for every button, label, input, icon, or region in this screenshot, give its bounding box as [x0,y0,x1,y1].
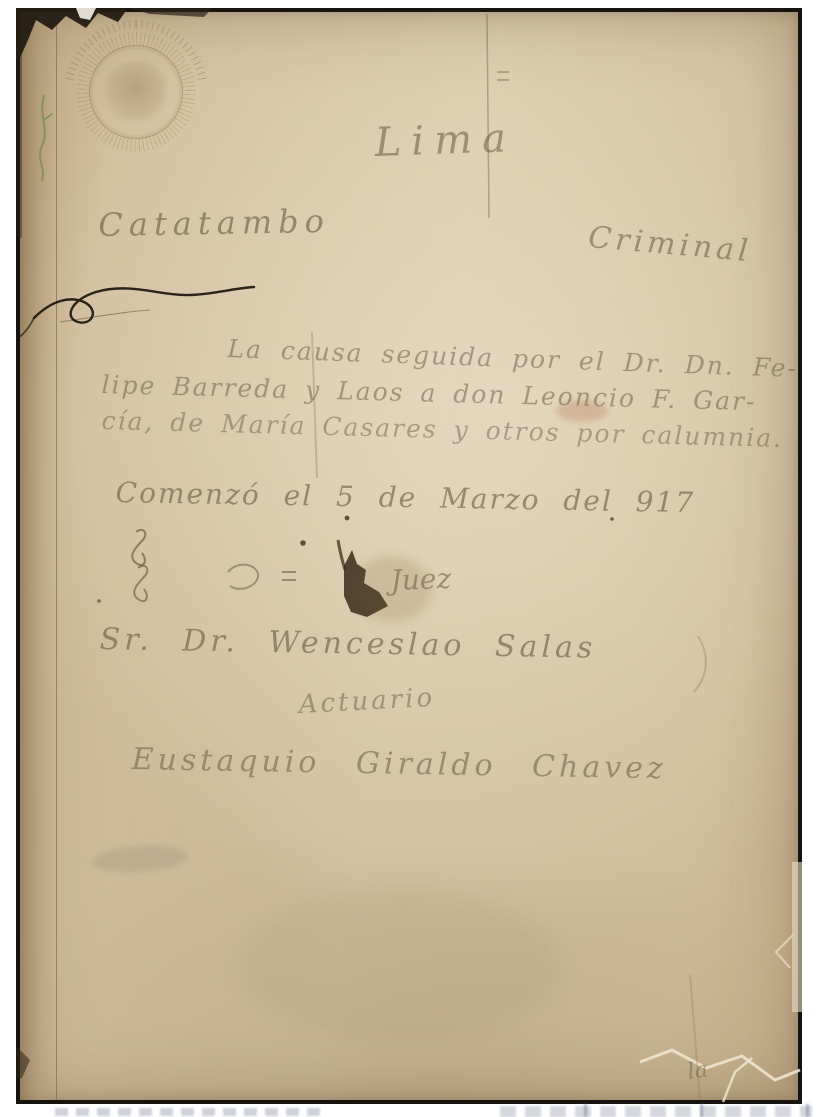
seal-emblem [106,62,166,122]
embossed-seal-icon [76,32,196,152]
cropped-caption-right [500,1106,812,1117]
page-gutter-strip [20,12,57,1100]
cropped-caption-left [55,1108,327,1116]
catchword: la [686,1057,709,1085]
caption-ascender [584,1104,587,1117]
judge-label: Juez [390,562,452,597]
caption-ascender [806,1104,809,1117]
place-heading: Catatambo [98,202,330,244]
manuscript-scan: Lima Catatambo Criminal La causa seguida… [0,0,824,1117]
caption-ascender [700,1104,703,1117]
scanned-page [16,8,802,1104]
city-title: Lima [374,115,517,166]
